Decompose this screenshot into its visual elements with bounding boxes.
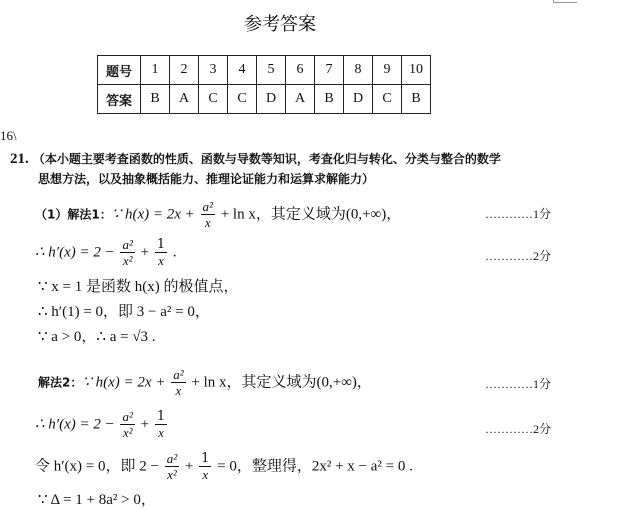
fraction: a²x² <box>165 452 179 482</box>
fraction: a²x <box>201 200 215 230</box>
row-label: 答案 <box>98 85 141 114</box>
table-cell: B <box>141 85 170 114</box>
method1-label: （1）解法1： <box>35 208 112 222</box>
method2-line1: 解法2：∵ h(x) = 2x + a²x + ln x，其定义域为(0,+∞)… <box>38 368 372 398</box>
method1-line5: ∵ a > 0，∴ a = √3 . <box>38 325 156 346</box>
score-mark: …………1分 <box>485 375 551 392</box>
score-mark: …………2分 <box>485 420 551 437</box>
fraction: 1x <box>199 452 211 482</box>
table-cell: 7 <box>315 56 344 85</box>
table-cell: C <box>228 85 257 114</box>
table-row-answers: 答案 B A C C D A B D C B <box>98 85 431 114</box>
table-cell: A <box>170 85 199 114</box>
method2-line3: 令 h′(x) = 0，即 2 − a²x² + 1x = 0，整理得，2x² … <box>35 452 413 482</box>
intro-text: （本小题主要考查函数的性质、函数与导数等知识，考查化归与转化、分类与整合的数学 <box>33 152 501 166</box>
table-cell: D <box>257 85 286 114</box>
table-cell: 3 <box>199 56 228 85</box>
fraction: 1x <box>155 238 167 268</box>
method1-line1: （1）解法1：∵ h(x) = 2x + a²x + ln x，其定义域为(0,… <box>35 200 401 230</box>
score-mark: …………1分 <box>485 205 551 222</box>
question-21-intro-line1: 21. （本小题主要考查函数的性质、函数与导数等知识，考查化归与转化、分类与整合… <box>10 150 501 168</box>
answer-table: 题号 1 2 3 4 5 6 7 8 9 10 答案 B A C C D A B… <box>97 55 431 114</box>
table-cell: D <box>344 85 373 114</box>
row-label: 题号 <box>98 56 141 85</box>
table-cell: 10 <box>402 56 431 85</box>
table-cell: 1 <box>141 56 170 85</box>
table-cell: C <box>199 85 228 114</box>
table-cell: B <box>315 85 344 114</box>
fraction: a²x² <box>120 238 134 268</box>
question-21-intro-line2: 思想方法，以及抽象概括能力、推理论证能力和运算求解能力） <box>38 170 374 187</box>
table-row-numbers: 题号 1 2 3 4 5 6 7 8 9 10 <box>98 56 431 85</box>
question-number: 21. <box>10 151 29 167</box>
method2-label: 解法2： <box>38 376 82 390</box>
method2-line4: ∵ Δ = 1 + 8a² > 0， <box>38 488 156 509</box>
page-title: 参考答案 <box>0 10 560 36</box>
score-mark: …………2分 <box>485 247 551 264</box>
fraction: 1x <box>155 410 167 440</box>
fraction: a²x² <box>120 410 134 440</box>
table-cell: B <box>402 85 431 114</box>
method1-line2: ∴ h′(x) = 2 − a²x² + 1x . <box>35 238 177 268</box>
page-corner-mark <box>553 0 577 3</box>
table-cell: A <box>286 85 315 114</box>
table-cell: 9 <box>373 56 402 85</box>
fraction: a²x <box>171 368 185 398</box>
method2-line2: ∴ h′(x) = 2 − a²x² + 1x <box>35 410 169 440</box>
table-cell: 6 <box>286 56 315 85</box>
method1-line3: ∵ x = 1 是函数 h(x) 的极值点， <box>38 275 239 296</box>
table-cell: 8 <box>344 56 373 85</box>
table-cell: 4 <box>228 56 257 85</box>
table-cell: 2 <box>170 56 199 85</box>
table-cell: 5 <box>257 56 286 85</box>
table-cell: C <box>373 85 402 114</box>
question-16-marker: 16\ <box>0 128 17 144</box>
method1-line4: ∴ h′(1) = 0，即 3 − a² = 0， <box>38 300 210 321</box>
